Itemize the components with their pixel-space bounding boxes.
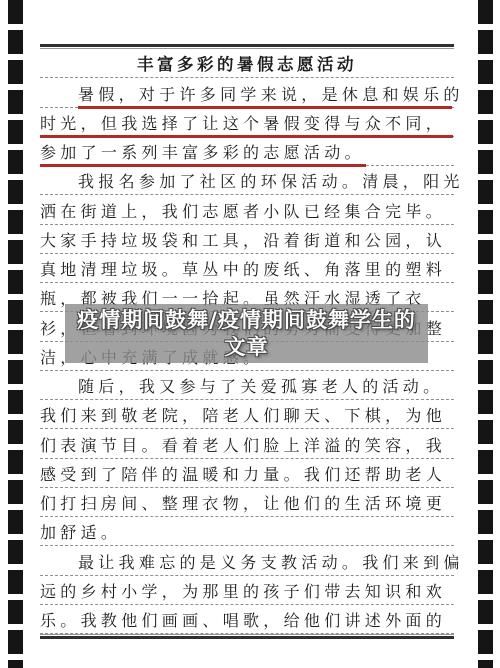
essay-line-text: 大家手持垃圾袋和工具，沿着街道和公园，认 — [40, 231, 446, 253]
essay-line-text: 我报名参加了社区的环保活动。清晨，阳光 — [40, 172, 464, 194]
essay-line-text: 感受到了陪伴的温暖和力量。我们还帮助老人 — [40, 465, 446, 487]
essay-line-text: 最让我难忘的是义务支教活动。我们来到偏 — [40, 553, 464, 575]
essay-line-text: 洒在街道上，我们志愿者小队已经集合完毕。 — [40, 202, 446, 224]
essay-line: 我们来到敬老院，陪老人们聊天、下棋，为他 — [40, 400, 454, 429]
essay-line: 加舒适。 — [40, 517, 454, 546]
essay-line: 感受到了陪伴的温暖和力量。我们还帮助老人 — [40, 459, 454, 488]
essay-line-text: 真地清理垃圾。草丛中的废纸、角落里的塑料 — [40, 260, 446, 282]
right-edge-binding-marks — [478, 0, 493, 668]
left-edge-binding-marks — [8, 0, 23, 668]
essay-line-text: 随后，我又参与了关爱孤寡老人的活动。 — [40, 377, 443, 399]
essay-line-text: 们表演节目。看着老人们脸上洋溢的笑容，我 — [40, 436, 446, 458]
overlay-title-line-1: 疫情期间鼓舞/疫情期间鼓舞学生的 — [77, 307, 416, 334]
essay-title: 丰富多彩的暑假志愿活动 — [40, 49, 454, 78]
essay-line: 远的乡村小学，为那里的孩子们带去知识和欢 — [40, 576, 454, 605]
essay-line-text: 加舒适。 — [40, 523, 121, 545]
essay-line-text: 参加了一系列丰富多彩的志愿活动。 — [40, 143, 365, 165]
essay-line-text: 远的乡村小学，为那里的孩子们带去知识和欢 — [40, 582, 446, 604]
essay-line: 乐。我教他们画画、唱歌，给他们讲述外面的 — [40, 605, 454, 634]
essay-line: 暑假，对于许多同学来说，是休息和娱乐的 — [40, 78, 454, 107]
essay-line-text: 我们来到敬老院，陪老人们聊天、下棋，为他 — [40, 406, 446, 428]
overlay-title-line-2: 文章 — [225, 334, 269, 361]
red-underline — [40, 135, 453, 138]
essay-page: 丰富多彩的暑假志愿活动暑假，对于许多同学来说，是休息和娱乐的时光，但我选择了让这… — [0, 0, 500, 668]
essay-line: 时光，但我选择了让这个暑假变得与众不同， — [40, 108, 454, 137]
essay-line: 参加了一系列丰富多彩的志愿活动。 — [40, 137, 454, 166]
essay-line: 随后，我又参与了关爱孤寡老人的活动。 — [40, 371, 454, 400]
essay-title-text: 丰富多彩的暑假志愿活动 — [137, 55, 357, 77]
red-underline — [40, 164, 366, 167]
essay-line: 最让我难忘的是义务支教活动。我们来到偏 — [40, 546, 454, 575]
essay-line: 大家手持垃圾袋和工具，沿着街道和公园，认 — [40, 225, 454, 254]
essay-line: 们打扫房间、整理衣物，让他们的生活环境更 — [40, 488, 454, 517]
essay-line-text: 暑假，对于许多同学来说，是休息和娱乐的 — [40, 85, 464, 107]
essay-line: 们表演节目。看着老人们脸上洋溢的笑容，我 — [40, 429, 454, 458]
watermark-title-overlay: 疫情期间鼓舞/疫情期间鼓舞学生的 文章 — [65, 304, 428, 363]
essay-line-text: 时光，但我选择了让这个暑假变得与众不同， — [40, 114, 446, 136]
bottom-border-rule — [40, 634, 454, 639]
essay-line: 真地清理垃圾。草丛中的废纸、角落里的塑料 — [40, 254, 454, 283]
essay-line: 我报名参加了社区的环保活动。清晨，阳光 — [40, 166, 454, 195]
essay-line: 洒在街道上，我们志愿者小队已经集合完毕。 — [40, 195, 454, 224]
essay-line-text: 乐。我教他们画画、唱歌，给他们讲述外面的 — [40, 611, 446, 633]
essay-line-text: 们打扫房间、整理衣物，让他们的生活环境更 — [40, 494, 446, 516]
red-underline — [78, 106, 452, 109]
